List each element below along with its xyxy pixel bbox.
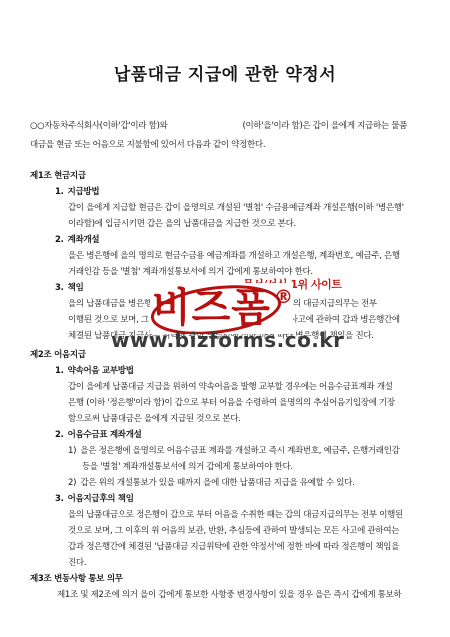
item-title: 책임 xyxy=(68,283,84,293)
item-number: 3. xyxy=(55,280,65,296)
article-2-item-2-head: 2. 어음수금표 계좌개설 xyxy=(0,427,450,443)
text-line: 등을 '별첨' 계좌개설통보서에 의거 갑에게 통보하여야 한다. xyxy=(0,459,450,475)
text-line: 진다. xyxy=(0,555,450,571)
subitem-1-line: 1) 을은 정은행에 을명의로 어음수금표 계좌를 개설하고 즉시 계좌번호, … xyxy=(0,443,450,459)
text-line: 갑과 정은행간에 체결된 '납품대금 지급위탁에 관한 약정서'에 정한 바에 … xyxy=(0,539,450,555)
text-line: 이행된 것으로 보며, 그 이후에 입금액에 관하여 발생되는 모든 사고에 관… xyxy=(0,312,450,328)
text-line: 체결된 납품대금 지급사무 위탁에 관한 약정서에 정한 바에 따라 병은행이 … xyxy=(0,328,450,344)
party-eul-clause: (이하'을'이라 함)은 갑이 을에게 지급하는 물품 xyxy=(243,121,408,131)
text-line: 이라함)에 입금시키면 갑은 을의 납품대금을 지급한 것으로 본다. xyxy=(0,216,450,232)
article-2-item-3-head: 3. 어음지급후의 책임 xyxy=(0,491,450,507)
text-line: 을은 병은행에 을의 명의로 현금수금용 예금계좌를 개설하고 개설은행, 계좌… xyxy=(0,248,450,264)
article-3: 제3조 변동사항 통보 의무 제1조 및 제2조에 의거 을이 갑에게 통보한 … xyxy=(0,571,450,603)
article-2: 제2조 어음지급 1. 약속어음 교부방법 갑이 을에게 납품대금 지급을 위하… xyxy=(0,347,450,571)
item-number: 1. xyxy=(55,184,65,200)
party-gap-clause: ○○자동차주식회사(이하'갑'이라 함)와 xyxy=(30,121,168,131)
item-title: 지급방법 xyxy=(68,187,100,197)
article-2-item-1-head: 1. 약속어음 교부방법 xyxy=(0,363,450,379)
text-line: 갑이 을에게 납품대금 지급을 위하여 약속어음을 발행 교부할 경우에는 어음… xyxy=(0,379,450,395)
text-line: 함으로써 납품대금은 을에게 지급된 것으로 본다. xyxy=(0,411,450,427)
text-line: 제1조 및 제2조에 의거 을이 갑에게 통보한 사항중 변경사항이 있을 경우… xyxy=(0,587,450,603)
item-number: 3. xyxy=(55,491,65,507)
text-line: 을의 납품대금으로 정은행이 갑으로 부터 어음을 수취한 때는 갑의 대금지급… xyxy=(0,507,450,523)
intro-paragraph: ○○자동차주식회사(이하'갑'이라 함)와(이하'을'이라 함)은 갑이 을에게… xyxy=(30,117,430,155)
item-title: 계좌개설 xyxy=(68,235,100,245)
item-number: 2. xyxy=(55,232,65,248)
document-page: 납품대금 지급에 관한 약정서 ○○자동차주식회사(이하'갑'이라 함)와(이하… xyxy=(0,0,450,637)
intro-line-2: 대금을 현금 또는 어음으로 지불함에 있어서 다음과 같이 약정한다. xyxy=(30,136,430,155)
document-title: 납품대금 지급에 관한 약정서 xyxy=(0,0,450,86)
text-line: 갑이 을에게 지급할 현금은 갑이 을명의로 개설된 '별첨' 수금용예금계좌 … xyxy=(0,200,450,216)
article-1-item-3-head: 3. 책임 xyxy=(0,280,450,296)
text-line: 은행 (이하 '정은행'이라 함)이 갑으로 부터 어음을 수령하여 을명의의 … xyxy=(0,395,450,411)
article-1-heading: 제1조 현금지급 xyxy=(0,168,450,184)
text-line: 을은 정은행에 을명의로 어음수금표 계좌를 개설하고 즉시 계좌번호, 예금주… xyxy=(80,446,399,456)
article-2-heading: 제2조 어음지급 xyxy=(0,347,450,363)
subitem-number: 1) xyxy=(68,443,78,459)
text-line: 을의 납품대금을 병은행에 입금시킨 때에 지급된 것으로 하며 갑의 대금지급… xyxy=(0,296,450,312)
intro-line-1: ○○자동차주식회사(이하'갑'이라 함)와(이하'을'이라 함)은 갑이 을에게… xyxy=(30,117,430,136)
text-line: 거래인감 등을 '별첨' 계좌개설통보서에 의거 갑에게 통보하여야 한다. xyxy=(0,264,450,280)
article-1-item-2-head: 2. 계좌개설 xyxy=(0,232,450,248)
item-title: 어음지급후의 책임 xyxy=(68,494,134,504)
article-3-heading: 제3조 변동사항 통보 의무 xyxy=(0,571,450,587)
subitem-2-line: 2) 갑은 위의 개설통보가 있을 때까지 을에 대한 납품대금 지급을 유예할… xyxy=(0,475,450,491)
item-number: 1. xyxy=(55,363,65,379)
item-number: 2. xyxy=(55,427,65,443)
item-title: 약속어음 교부방법 xyxy=(68,366,134,376)
article-1-item-1-head: 1. 지급방법 xyxy=(0,184,450,200)
article-1: 제1조 현금지급 1. 지급방법 갑이 을에게 지급할 현금은 갑이 을명의로 … xyxy=(0,168,450,344)
text-line: 갑은 위의 개설통보가 있을 때까지 을에 대한 납품대금 지급을 유예할 수 … xyxy=(80,478,354,488)
text-line: 것으로 보며, 그 이후의 위 어음의 보관, 반환, 추심등에 관하여 발생되… xyxy=(0,523,450,539)
item-title: 어음수금표 계좌개설 xyxy=(68,430,142,440)
subitem-number: 2) xyxy=(68,475,78,491)
